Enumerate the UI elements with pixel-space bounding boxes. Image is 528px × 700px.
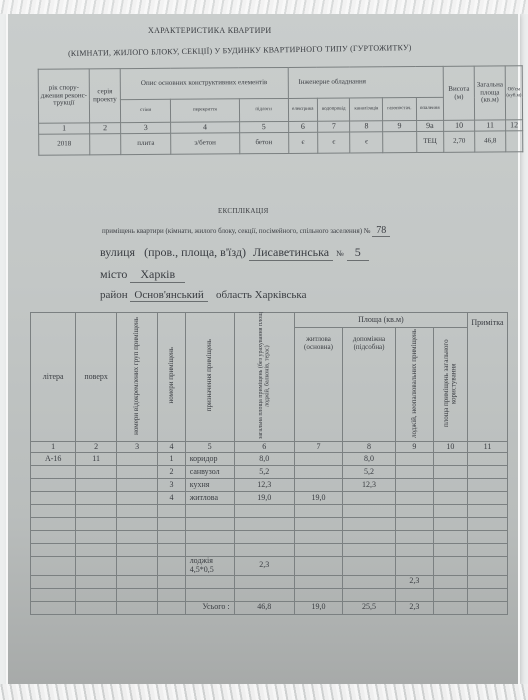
cell-total bbox=[234, 505, 294, 518]
header-total-area: Загальна площа (кв.м) bbox=[474, 66, 505, 120]
room-rows: А-16111коридор8,08,02санвузол5,25,23кухн… bbox=[31, 453, 508, 615]
cell-living bbox=[294, 479, 342, 492]
premises-line: приміщень квартири (кімнати, жилого блок… bbox=[102, 225, 390, 237]
col-num: 3 bbox=[116, 442, 157, 453]
value-total-area: 46,8 bbox=[475, 131, 506, 152]
district-line: район Основ'янський область Харківська bbox=[100, 289, 307, 302]
cell-purpose: житлова bbox=[185, 492, 234, 505]
empty-row bbox=[31, 505, 508, 518]
cell-living bbox=[294, 544, 342, 557]
cell-common bbox=[433, 518, 467, 531]
value-series bbox=[90, 134, 121, 155]
cell-note bbox=[467, 466, 507, 479]
cell-litera bbox=[31, 518, 76, 531]
district-label: район bbox=[100, 289, 128, 301]
empty-row bbox=[31, 531, 508, 544]
cell-note bbox=[467, 453, 507, 466]
cell-loggia bbox=[396, 588, 434, 601]
header-loggias-text: лоджій, неопалювальних приміщень bbox=[411, 329, 419, 438]
cell-total bbox=[234, 531, 294, 544]
value-year: 2018 bbox=[39, 134, 90, 155]
cell-loggia bbox=[396, 492, 434, 505]
cell-total: 8,0 bbox=[234, 453, 294, 466]
district-name: Основ'янський bbox=[130, 289, 207, 302]
document-sheet: ХАРАКТЕРИСТИКА КВАРТИРИ (КІМНАТИ, ЖИЛОГО… bbox=[8, 12, 518, 684]
cell-common bbox=[433, 588, 467, 601]
table-row: 4житлова19,019,0 bbox=[31, 492, 508, 505]
col-num: 1 bbox=[31, 442, 76, 453]
cell-group bbox=[116, 601, 157, 614]
header-common-area-text: площа приміщень загального користування bbox=[443, 327, 458, 440]
cell-common bbox=[433, 557, 467, 576]
cell-living: 19,0 bbox=[294, 492, 342, 505]
header-group-no: номери відокремлених груп приміщень bbox=[116, 313, 157, 442]
cell-group bbox=[116, 557, 157, 576]
header-sewer: каналізація bbox=[350, 98, 383, 121]
header-floor: поверх bbox=[76, 313, 117, 442]
region-label: область bbox=[216, 289, 252, 301]
cell-living bbox=[294, 531, 342, 544]
cell-common bbox=[433, 531, 467, 544]
cell-litera bbox=[31, 505, 76, 518]
col-num: 8 bbox=[350, 121, 383, 132]
apartment-number: 78 bbox=[372, 225, 390, 237]
cell-floor bbox=[76, 531, 117, 544]
value-electricity: є bbox=[288, 132, 317, 153]
col-num: 4 bbox=[158, 442, 185, 453]
cell-purpose bbox=[185, 575, 234, 588]
value-height: 2,70 bbox=[444, 131, 475, 152]
cell-group bbox=[116, 479, 157, 492]
col-num: 7 bbox=[318, 121, 351, 132]
cell-loggia bbox=[396, 544, 434, 557]
cell-litera bbox=[31, 575, 76, 588]
cell-group bbox=[116, 531, 157, 544]
header-flooring: підлоги bbox=[239, 98, 288, 121]
characteristics-row: 2018 плита з/бетон бетон є є є ТЕЦ 2,70 … bbox=[39, 131, 523, 155]
cell-purpose: кухня bbox=[185, 479, 234, 492]
header-room-no-text: номери приміщень bbox=[168, 347, 176, 403]
header-electricity: електрика bbox=[288, 98, 317, 121]
header-engineering: Інженерне обладнання bbox=[288, 66, 444, 98]
header-floors: перекриття bbox=[171, 99, 240, 122]
value-gas bbox=[383, 132, 416, 153]
cell-total: 5,2 bbox=[234, 466, 294, 479]
city-name: Харків bbox=[130, 267, 185, 283]
cell-group bbox=[116, 518, 157, 531]
cell-total bbox=[234, 518, 294, 531]
cell-group bbox=[116, 544, 157, 557]
header-auxiliary: допоміжна (підсобна) bbox=[343, 328, 396, 442]
cell-litera bbox=[31, 557, 76, 576]
cell-aux bbox=[343, 575, 396, 588]
col-num: 9 bbox=[396, 442, 434, 453]
cell-floor: 11 bbox=[76, 453, 117, 466]
cell-room: 4 bbox=[158, 492, 185, 505]
no-label: № bbox=[364, 227, 371, 235]
region-name: Харківська bbox=[255, 289, 307, 301]
cell-living bbox=[294, 505, 342, 518]
cell-note bbox=[467, 588, 507, 601]
cell-common bbox=[433, 466, 467, 479]
header-walls: стіни bbox=[120, 99, 170, 122]
cell-litera bbox=[31, 531, 76, 544]
cell-common bbox=[433, 492, 467, 505]
empty-row bbox=[31, 544, 508, 557]
cell-litera bbox=[31, 544, 76, 557]
cell-common bbox=[433, 453, 467, 466]
cell-aux bbox=[343, 505, 396, 518]
cell-note bbox=[467, 557, 507, 576]
column-numbers-row: 1 2 3 4 5 6 7 8 9 10 11 bbox=[31, 442, 508, 453]
cell-loggia bbox=[396, 557, 434, 576]
header-volume: Об'єм (куб.м) bbox=[505, 66, 522, 120]
cell-room bbox=[158, 544, 185, 557]
cell-loggia bbox=[396, 479, 434, 492]
empty-row bbox=[31, 588, 508, 601]
header-total-area: загальна площа приміщень (без урахування… bbox=[234, 313, 294, 442]
col-num: 1 bbox=[39, 123, 90, 134]
characteristics-table: рік спору-джения реконс-трукції серія пр… bbox=[38, 65, 524, 155]
cell-group bbox=[116, 588, 157, 601]
cell-living bbox=[294, 466, 342, 479]
value-sewer: є bbox=[350, 132, 383, 153]
col-num: 8 bbox=[343, 442, 396, 453]
header-group-no-text: номери відокремлених груп приміщень bbox=[133, 317, 141, 435]
cell-aux bbox=[343, 492, 396, 505]
value-heating: ТЕЦ bbox=[416, 131, 444, 152]
empty-row bbox=[31, 518, 508, 531]
cell-total: 12,3 bbox=[234, 479, 294, 492]
col-num: 7 bbox=[294, 442, 342, 453]
cell-common bbox=[433, 601, 467, 614]
header-litera: літера bbox=[31, 313, 76, 442]
cell-common bbox=[433, 479, 467, 492]
cell-aux bbox=[343, 557, 396, 576]
cell-loggia bbox=[396, 466, 434, 479]
cell-loggia bbox=[396, 453, 434, 466]
city-label: місто bbox=[100, 267, 127, 281]
cell-floor bbox=[76, 588, 117, 601]
cell-living bbox=[294, 588, 342, 601]
cell-purpose bbox=[185, 588, 234, 601]
cell-aux bbox=[343, 531, 396, 544]
cell-purpose: Усього : bbox=[185, 601, 234, 614]
city-line: місто Харків bbox=[100, 267, 185, 283]
torn-edge-top bbox=[0, 0, 528, 14]
cell-floor bbox=[76, 479, 117, 492]
cell-room bbox=[158, 588, 185, 601]
cell-purpose bbox=[185, 531, 234, 544]
cell-purpose: коридор bbox=[185, 453, 234, 466]
header-total-area-text: загальна площа приміщень (без урахування… bbox=[258, 312, 271, 440]
cell-total bbox=[234, 544, 294, 557]
cell-purpose: санвузол bbox=[185, 466, 234, 479]
header-water: водопровід bbox=[317, 98, 350, 121]
value-flooring: бетон bbox=[239, 132, 288, 153]
cell-room bbox=[158, 557, 185, 576]
col-num: 11 bbox=[475, 120, 506, 131]
cell-room: 1 bbox=[158, 453, 185, 466]
premises-label: приміщень квартири (кімнати, жилого блок… bbox=[102, 227, 362, 235]
street-type-label: (пров., площа, в'їзд) bbox=[144, 245, 246, 259]
cell-litera: А-16 bbox=[31, 453, 76, 466]
col-num: 6 bbox=[288, 121, 317, 132]
house-number: 5 bbox=[347, 245, 369, 261]
header-structural: Опис основних конструктивних елементів bbox=[120, 67, 288, 99]
torn-edge-bottom bbox=[0, 684, 528, 700]
col-num: 3 bbox=[121, 122, 171, 133]
cell-living bbox=[294, 575, 342, 588]
cell-purpose bbox=[185, 505, 234, 518]
cell-group bbox=[116, 505, 157, 518]
header-notes: Примітка bbox=[467, 313, 507, 442]
explication-title: ЕКСПЛІКАЦІЯ bbox=[218, 207, 269, 215]
cell-purpose bbox=[185, 518, 234, 531]
col-num: 10 bbox=[444, 120, 475, 131]
cell-room bbox=[158, 505, 185, 518]
cell-room bbox=[158, 518, 185, 531]
cell-loggia bbox=[396, 518, 434, 531]
cell-aux: 8,0 bbox=[343, 453, 396, 466]
cell-total: 2,3 bbox=[234, 557, 294, 576]
value-water: є bbox=[318, 132, 351, 153]
value-walls: плита bbox=[121, 133, 171, 154]
cell-floor bbox=[76, 466, 117, 479]
house-no-label: № bbox=[336, 249, 344, 258]
header-loggias: лоджій, неопалювальних приміщень bbox=[396, 328, 434, 442]
col-num: 6 bbox=[234, 442, 294, 453]
cell-purpose bbox=[185, 544, 234, 557]
cell-room: 2 bbox=[158, 466, 185, 479]
cell-common bbox=[433, 575, 467, 588]
cell-total bbox=[234, 588, 294, 601]
cell-litera bbox=[31, 601, 76, 614]
header-purpose-text: призначення приміщень bbox=[206, 339, 214, 411]
cell-living: 19,0 bbox=[294, 601, 342, 614]
cell-aux: 25,5 bbox=[343, 601, 396, 614]
value-volume bbox=[506, 131, 523, 152]
characteristics-title: ХАРАКТЕРИСТИКА КВАРТИРИ bbox=[148, 26, 272, 35]
header-series: серія проекту bbox=[89, 69, 120, 123]
cell-common bbox=[433, 505, 467, 518]
header-room-no: номери приміщень bbox=[158, 313, 185, 442]
cell-common bbox=[433, 544, 467, 557]
cell-note bbox=[467, 505, 507, 518]
cell-aux: 12,3 bbox=[343, 479, 396, 492]
cell-aux: 5,2 bbox=[343, 466, 396, 479]
header-common-area: площа приміщень загального користування bbox=[433, 328, 467, 442]
cell-floor bbox=[76, 544, 117, 557]
cell-total: 19,0 bbox=[234, 492, 294, 505]
street-label: вулиця bbox=[100, 245, 135, 259]
cell-aux bbox=[343, 518, 396, 531]
cell-note bbox=[467, 601, 507, 614]
cell-living bbox=[294, 518, 342, 531]
cell-group bbox=[116, 492, 157, 505]
col-num: 9а bbox=[416, 120, 444, 131]
cell-note bbox=[467, 575, 507, 588]
characteristics-subtitle: (КІМНАТИ, ЖИЛОГО БЛОКУ, СЕКЦІЇ) У БУДИНК… bbox=[68, 43, 412, 58]
cell-loggia: 2,3 bbox=[396, 575, 434, 588]
cell-loggia bbox=[396, 505, 434, 518]
col-num: 5 bbox=[185, 442, 234, 453]
cell-note bbox=[467, 492, 507, 505]
cell-floor bbox=[76, 575, 117, 588]
cell-loggia: 2,3 bbox=[396, 601, 434, 614]
header-heating: опалення bbox=[416, 97, 444, 120]
col-num: 9 bbox=[383, 121, 416, 132]
header-height: Висота (м) bbox=[443, 66, 474, 120]
table-row: 3кухня12,312,3 bbox=[31, 479, 508, 492]
cell-living bbox=[294, 453, 342, 466]
loggia-row: лоджія 4,5*0,52,3 bbox=[31, 557, 508, 576]
cell-floor bbox=[76, 505, 117, 518]
totals-row: Усього :46,819,025,52,3 bbox=[31, 601, 508, 614]
cell-litera bbox=[31, 479, 76, 492]
cell-purpose: лоджія 4,5*0,5 bbox=[185, 557, 234, 576]
cell-aux bbox=[343, 588, 396, 601]
col-num: 2 bbox=[90, 123, 121, 134]
cell-loggia bbox=[396, 531, 434, 544]
street-name: Лисаветинська bbox=[249, 245, 333, 261]
value-floors: з/бетон bbox=[171, 133, 240, 154]
col-num: 2 bbox=[76, 442, 117, 453]
col-num: 11 bbox=[467, 442, 507, 453]
cell-note bbox=[467, 518, 507, 531]
header-living: житлова (основна) bbox=[294, 328, 342, 442]
cell-floor bbox=[76, 492, 117, 505]
header-purpose: призначення приміщень bbox=[185, 313, 234, 442]
table-row: 2санвузол5,25,2 bbox=[31, 466, 508, 479]
cell-note bbox=[467, 479, 507, 492]
cell-group bbox=[116, 466, 157, 479]
col-num: 4 bbox=[171, 122, 239, 133]
cell-room bbox=[158, 575, 185, 588]
street-line: вулиця (пров., площа, в'їзд) Лисаветинсь… bbox=[100, 245, 369, 261]
cell-note bbox=[467, 544, 507, 557]
cell-total: 46,8 bbox=[234, 601, 294, 614]
loggia-value-row: 2,3 bbox=[31, 575, 508, 588]
cell-floor bbox=[76, 601, 117, 614]
cell-note bbox=[467, 531, 507, 544]
cell-aux bbox=[343, 544, 396, 557]
header-year: рік спору-джения реконс-трукції bbox=[38, 69, 89, 123]
header-area-group: Площа (кв.м) bbox=[294, 313, 467, 328]
cell-room bbox=[158, 531, 185, 544]
explication-table: літера поверх номери відокремлених груп … bbox=[30, 312, 508, 615]
cell-floor bbox=[76, 557, 117, 576]
col-num: 10 bbox=[433, 442, 467, 453]
cell-room: 3 bbox=[158, 479, 185, 492]
cell-litera bbox=[31, 492, 76, 505]
col-num: 5 bbox=[239, 121, 288, 132]
photo-frame: ХАРАКТЕРИСТИКА КВАРТИРИ (КІМНАТИ, ЖИЛОГО… bbox=[0, 0, 528, 700]
table-row: А-16111коридор8,08,0 bbox=[31, 453, 508, 466]
cell-floor bbox=[76, 518, 117, 531]
header-gas: газопостач. bbox=[383, 98, 416, 121]
cell-living bbox=[294, 557, 342, 576]
cell-litera bbox=[31, 588, 76, 601]
cell-group bbox=[116, 453, 157, 466]
cell-litera bbox=[31, 466, 76, 479]
col-num: 12 bbox=[506, 120, 523, 131]
cell-room bbox=[158, 601, 185, 614]
cell-total bbox=[234, 575, 294, 588]
cell-group bbox=[116, 575, 157, 588]
